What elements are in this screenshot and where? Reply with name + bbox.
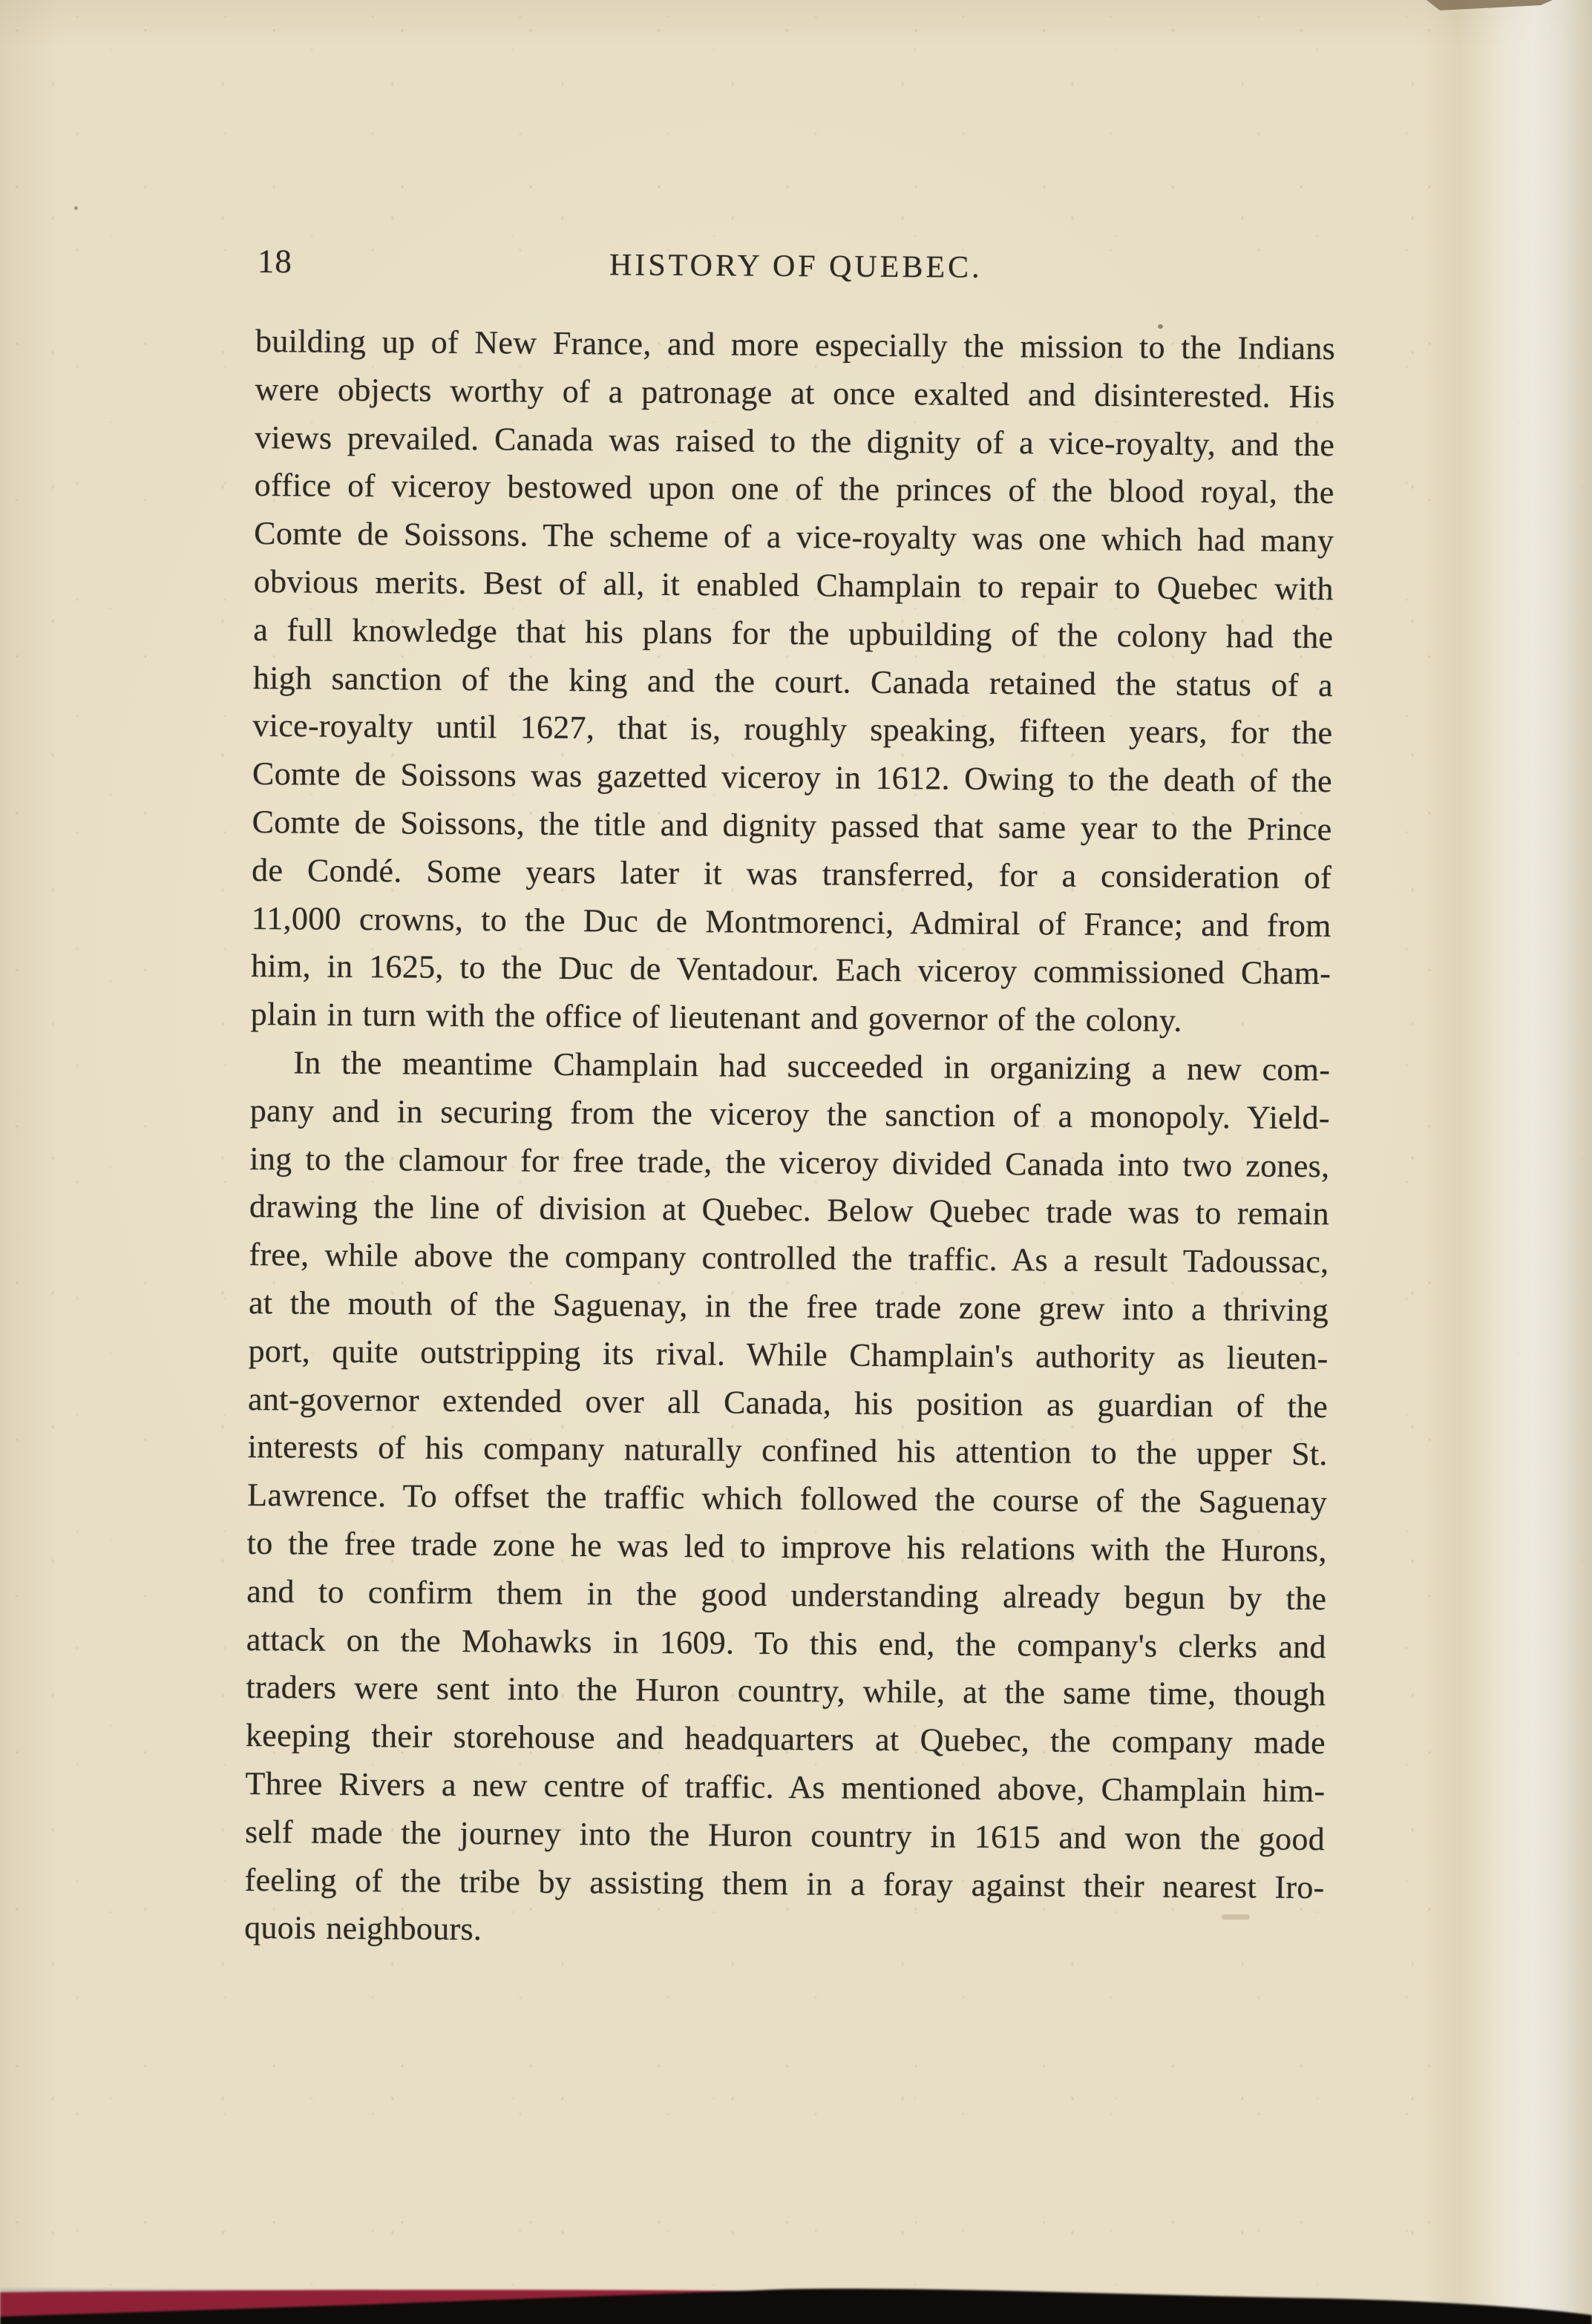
text-line: Comte de Soissons. The scheme of a vice-… [254, 510, 1334, 565]
page-number: 18 [258, 245, 292, 278]
text-line: quois neighbours. [244, 1904, 1324, 1960]
page-edge-highlight [1421, 0, 1592, 2324]
scan-smudge [1222, 1914, 1250, 1920]
book-cover-edge [0, 2256, 1592, 2324]
text-line: high sanction of the king and the court.… [253, 654, 1333, 710]
text-line: office of viceroy bestowed upon one of t… [255, 462, 1334, 517]
text-line: In the meantime Champlain had succeeded … [250, 1039, 1330, 1094]
text-line: plain in turn with the office of lieuten… [251, 991, 1331, 1046]
text-line: interests of his company naturally confi… [247, 1423, 1327, 1479]
page-header: 18 HISTORY OF QUEBEC. [256, 245, 1336, 291]
text-line: drawing the line of division at Quebec. … [249, 1183, 1329, 1238]
running-title: HISTORY OF QUEBEC. [256, 245, 1336, 288]
page-content: 18 HISTORY OF QUEBEC. building up of New… [244, 245, 1336, 1960]
text-line: attack on the Mohawks in 1609. To this e… [246, 1615, 1326, 1671]
text-line: vice-royalty until 1627, that is, roughl… [252, 702, 1332, 758]
top-right-board-sliver [0, 0, 1592, 15]
text-line: ing to the clamour for free trade, the v… [249, 1135, 1329, 1191]
text-line: Three Rivers a new centre of traffic. As… [245, 1760, 1325, 1816]
text-line: self made the journey into the Huron cou… [245, 1808, 1325, 1864]
text-line: Comte de Soissons was gazetted viceroy i… [252, 750, 1332, 806]
text-line: free, while above the company controlled… [249, 1231, 1329, 1287]
text-line: traders were sent into the Huron country… [246, 1664, 1326, 1719]
text-line: pany and in securing from the viceroy th… [250, 1087, 1330, 1143]
text-line: views prevailed. Canada was raised to th… [255, 414, 1334, 470]
text-line: and to confirm them in the good understa… [246, 1568, 1326, 1624]
text-line: Comte de Soissons, the title and dignity… [252, 798, 1331, 854]
ink-speck [74, 206, 78, 210]
text-line: building up of New France, and more espe… [255, 318, 1335, 373]
scanned-book-page: { "scan": { "page_number": "18", "runnin… [0, 0, 1592, 2324]
text-line: port, quite outstripping its rival. Whil… [248, 1327, 1328, 1383]
text-line: 11,000 crowns, to the Duc de Montmorenci… [251, 895, 1331, 951]
text-line: a full knowledge that his plans for the … [253, 606, 1333, 662]
text-line: to the free trade zone he was led to imp… [247, 1520, 1327, 1575]
text-line: obvious merits. Best of all, it enabled … [254, 558, 1334, 614]
page-body: building up of New France, and more espe… [244, 318, 1335, 1960]
text-line: were objects worthy of a patronage at on… [255, 366, 1334, 421]
text-line: keeping their storehouse and headquarter… [246, 1712, 1326, 1767]
text-line: de Condé. Some years later it was transf… [252, 847, 1331, 902]
text-line: at the mouth of the Saguenay, in the fre… [249, 1279, 1329, 1335]
text-line: ant-governor extended over all Canada, h… [248, 1375, 1328, 1431]
text-line: Lawrence. To offset the traffic which fo… [247, 1471, 1327, 1527]
text-line: feeling of the tribe by assisting them i… [244, 1856, 1324, 1911]
ink-speck [1158, 324, 1163, 329]
text-line: him, in 1625, to the Duc de Ventadour. E… [251, 942, 1331, 998]
